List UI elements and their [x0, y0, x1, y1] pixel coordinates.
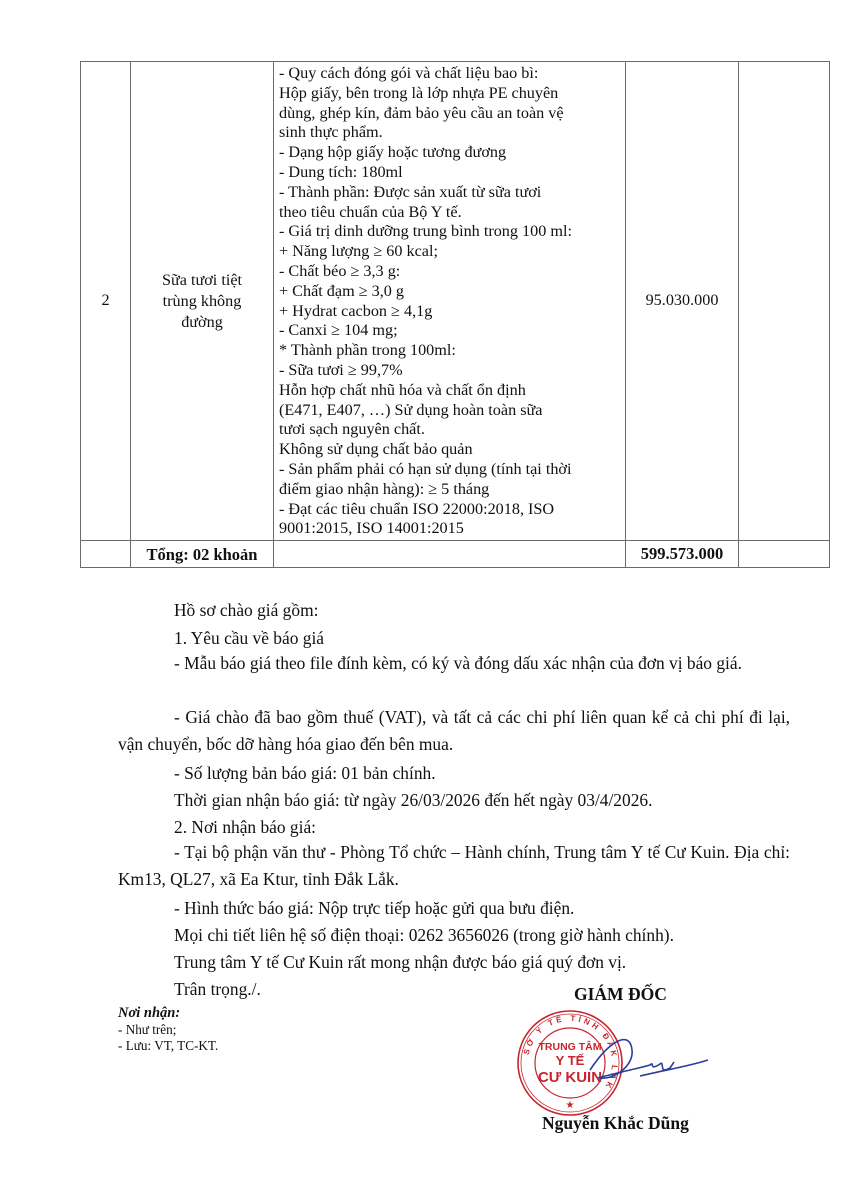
spec-line: - Canxi ≥ 104 mg;	[279, 321, 625, 341]
receive-place: - Tại bộ phận văn thư - Phòng Tổ chức – …	[118, 839, 790, 893]
requirement-3: - Số lượng bản báo giá: 01 bản chính.	[118, 763, 846, 784]
spec-line: theo tiêu chuẩn của Bộ Y tế.	[279, 203, 625, 223]
spec-line: 9001:2015, ISO 14001:2015	[279, 519, 625, 539]
spec-line: - Quy cách đóng gói và chất liệu bao bì:	[279, 64, 625, 84]
regards-text: Trân trọng./.	[118, 979, 846, 1000]
row-specification: - Quy cách đóng gói và chất liệu bao bì:…	[274, 62, 626, 541]
table-row: 2 Sữa tươi tiệt trùng không đường - Quy …	[81, 62, 830, 541]
handwritten-signature-icon	[570, 1020, 710, 1100]
contact-info: Mọi chi tiết liên hệ số điện thoại: 0262…	[118, 925, 846, 946]
recipient-item: - Lưu: VT, TC-KT.	[118, 1038, 218, 1055]
requirement-2: - Giá chào đã bao gồm thuế (VAT), và tất…	[118, 704, 790, 758]
total-note	[739, 541, 830, 568]
total-label: Tổng: 02 khoản	[131, 541, 274, 568]
spec-line: Hộp giấy, bên trong là lớp nhựa PE chuyê…	[279, 84, 625, 104]
spec-line: tươi sạch nguyên chất.	[279, 420, 625, 440]
total-stt	[81, 541, 131, 568]
row-item-name: Sữa tươi tiệt trùng không đường	[131, 62, 274, 541]
spec-line: + Hydrat cacbon ≥ 4,1g	[279, 302, 625, 322]
spec-line: * Thành phần trong 100ml:	[279, 341, 625, 361]
item-name-line: đường	[131, 312, 273, 333]
receive-time: Thời gian nhận báo giá: từ ngày 26/03/20…	[118, 790, 846, 811]
spec-line: - Thành phần: Được sản xuất từ sữa tươi	[279, 183, 625, 203]
svg-text:★: ★	[566, 1100, 575, 1111]
spec-line: - Dạng hộp giấy hoặc tương đương	[279, 143, 625, 163]
spec-line: - Chất béo ≥ 3,3 g:	[279, 262, 625, 282]
spec-line: - Dung tích: 180ml	[279, 163, 625, 183]
spec-line: dùng, ghép kín, đảm bảo yêu cầu an toàn …	[279, 104, 625, 124]
spec-line: Hỗn hợp chất nhũ hóa và chất ổn định	[279, 381, 625, 401]
spec-line: + Chất đạm ≥ 3,0 g	[279, 282, 625, 302]
items-table: 2 Sữa tươi tiệt trùng không đường - Quy …	[80, 61, 830, 568]
row-stt: 2	[81, 62, 131, 541]
intro-text: Hồ sơ chào giá gồm:	[118, 600, 846, 621]
spec-line: (E471, E407, …) Sử dụng hoàn toàn sữa	[279, 401, 625, 421]
item-name-line: Sữa tươi tiệt	[131, 270, 273, 291]
submission-method: - Hình thức báo giá: Nộp trực tiếp hoặc …	[118, 898, 846, 919]
closing-text: Trung tâm Y tế Cư Kuin rất mong nhận đượ…	[118, 952, 846, 973]
row-price: 95.030.000	[626, 62, 739, 541]
recipient-item: - Như trên;	[118, 1022, 218, 1039]
signer-title: GIÁM ĐỐC	[574, 984, 667, 1005]
spec-line: + Năng lượng ≥ 60 kcal;	[279, 242, 625, 262]
spec-line: - Sữa tươi ≥ 99,7%	[279, 361, 625, 381]
row-note	[739, 62, 830, 541]
spec-line: sinh thực phẩm.	[279, 123, 625, 143]
spec-line: - Đạt các tiêu chuẩn ISO 22000:2018, ISO	[279, 500, 625, 520]
requirement-1: - Mẫu báo giá theo file đính kèm, có ký …	[118, 650, 790, 677]
recipients-title: Nơi nhận:	[118, 1005, 218, 1022]
spec-line: Không sử dụng chất bảo quản	[279, 440, 625, 460]
spec-line: điểm giao nhận hàng): ≥ 5 tháng	[279, 480, 625, 500]
total-row: Tổng: 02 khoản 599.573.000	[81, 541, 830, 568]
spec-line: - Sản phẩm phải có hạn sử dụng (tính tại…	[279, 460, 625, 480]
document-page: 2 Sữa tươi tiệt trùng không đường - Quy …	[0, 0, 849, 1200]
signer-name: Nguyễn Khắc Dũng	[542, 1113, 689, 1134]
recipients-block: Nơi nhận: - Như trên; - Lưu: VT, TC-KT.	[118, 1005, 218, 1055]
section2-heading: 2. Nơi nhận báo giá:	[118, 817, 846, 838]
total-spec	[274, 541, 626, 568]
spec-line: - Giá trị dinh dưỡng trung bình trong 10…	[279, 222, 625, 242]
total-price: 599.573.000	[626, 541, 739, 568]
item-name-line: trùng không	[131, 291, 273, 312]
section1-heading: 1. Yêu cầu về báo giá	[118, 628, 846, 649]
